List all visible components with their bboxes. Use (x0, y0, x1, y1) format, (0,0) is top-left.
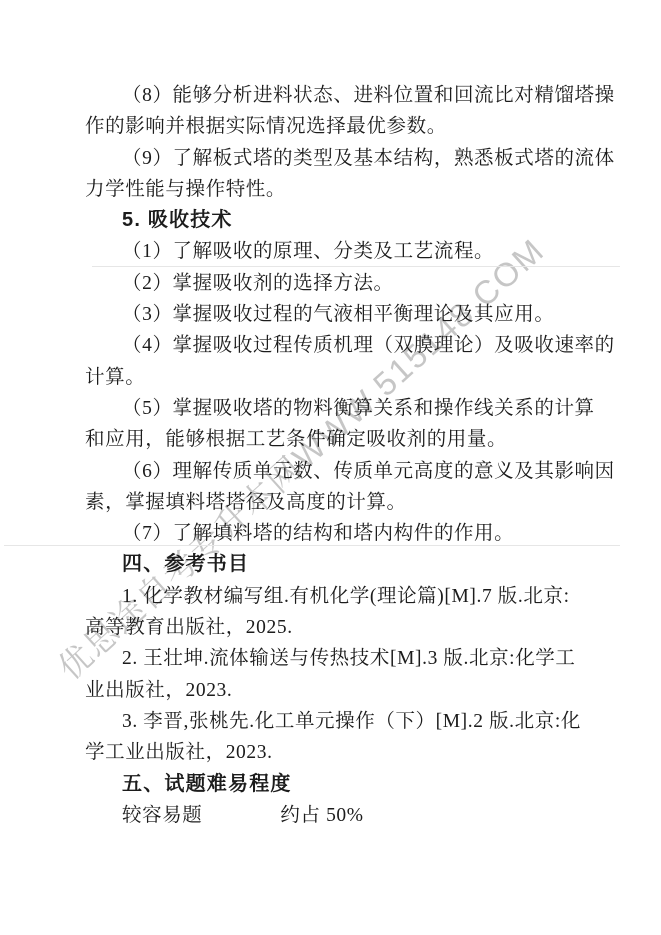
text-line: 计算。 (85, 362, 625, 393)
line-text: （8）能够分析进料状态、进料位置和回流比对精馏塔操 (122, 85, 615, 106)
line-text-secondary: 约占 50% (280, 805, 363, 826)
text-line: （2）掌握吸收剂的选择方法。 (85, 268, 625, 299)
line-text: （1）了解吸收的原理、分类及工艺流程。 (122, 241, 494, 262)
text-line: （8）能够分析进料状态、进料位置和回流比对精馏塔操 (85, 80, 625, 111)
line-text: 五、试题难易程度 (122, 773, 292, 795)
line-text: 和应用，能够根据工艺条件确定吸收剂的用量。 (85, 429, 507, 450)
line-text: 作的影响并根据实际情况选择最优参数。 (85, 116, 447, 137)
text-line: （1）了解吸收的原理、分类及工艺流程。 (85, 236, 625, 267)
text-line: 较容易题约占 50% (85, 800, 625, 831)
line-text: （4）掌握吸收过程传质机理（双膜理论）及吸收速率的 (122, 335, 615, 356)
section-heading: 5. 吸收技术 (85, 205, 625, 236)
text-line: 和应用，能够根据工艺条件确定吸收剂的用量。 (85, 424, 625, 455)
line-text: 3. 李晋,张桃先.化工单元操作（下）[M].2 版.北京:化 (122, 711, 581, 732)
text-line: 2. 王壮坤.流体输送与传热技术[M].3 版.北京:化学工 (85, 643, 625, 674)
line-text: 力学性能与操作特性。 (85, 179, 286, 200)
text-line: 3. 李晋,张桃先.化工单元操作（下）[M].2 版.北京:化 (85, 706, 625, 737)
line-text: 计算。 (85, 367, 145, 388)
text-line: 高等教育出版社，2025. (85, 612, 625, 643)
line-text: （7）了解填料塔的结构和塔内构件的作用。 (122, 523, 514, 544)
text-line: （3）掌握吸收过程的气液相平衡理论及其应用。 (85, 299, 625, 330)
line-text: （9）了解板式塔的类型及基本结构，熟悉板式塔的流体 (122, 148, 615, 169)
line-text: （6）理解传质单元数、传质单元高度的意义及其影响因 (122, 461, 615, 482)
section-heading: 四、参考书目 (85, 549, 625, 580)
text-line: 业出版社，2023. (85, 675, 625, 706)
text-line: 素，掌握填料塔塔径及高度的计算。 (85, 487, 625, 518)
text-line: 学工业出版社，2023. (85, 737, 625, 768)
line-text: （2）掌握吸收剂的选择方法。 (122, 273, 394, 294)
text-line: （9）了解板式塔的类型及基本结构，熟悉板式塔的流体 (85, 143, 625, 174)
line-text: 四、参考书目 (122, 553, 249, 575)
text-line: （7）了解填料塔的结构和塔内构件的作用。 (85, 518, 625, 549)
text-line: 作的影响并根据实际情况选择最优参数。 (85, 111, 625, 142)
text-line: 力学性能与操作特性。 (85, 174, 625, 205)
line-text: 素，掌握填料塔塔径及高度的计算。 (85, 492, 407, 513)
line-text: 较容易题 (122, 805, 202, 826)
section-heading: 五、试题难易程度 (85, 769, 625, 800)
line-text: 5. 吸收技术 (122, 209, 233, 231)
text-line: （6）理解传质单元数、传质单元高度的意义及其影响因 (85, 456, 625, 487)
line-text: （5）掌握吸收塔的物料衡算关系和操作线关系的计算 (122, 398, 595, 419)
line-text: 学工业出版社，2023. (85, 742, 273, 763)
text-line: （5）掌握吸收塔的物料衡算关系和操作线关系的计算 (85, 393, 625, 424)
document-page: { "page": { "background": "#ffffff", "te… (0, 0, 661, 935)
text-line: （4）掌握吸收过程传质机理（双膜理论）及吸收速率的 (85, 330, 625, 361)
line-text: 1. 化学教材编写组.有机化学(理论篇)[M].7 版.北京: (122, 586, 570, 607)
document-body: （8）能够分析进料状态、进料位置和回流比对精馏塔操作的影响并根据实际情况选择最优… (85, 80, 625, 831)
line-text: （3）掌握吸收过程的气液相平衡理论及其应用。 (122, 304, 554, 325)
line-text: 高等教育出版社，2025. (85, 617, 293, 638)
line-text: 2. 王壮坤.流体输送与传热技术[M].3 版.北京:化学工 (122, 648, 576, 669)
line-text: 业出版社，2023. (85, 680, 232, 701)
text-line: 1. 化学教材编写组.有机化学(理论篇)[M].7 版.北京: (85, 581, 625, 612)
